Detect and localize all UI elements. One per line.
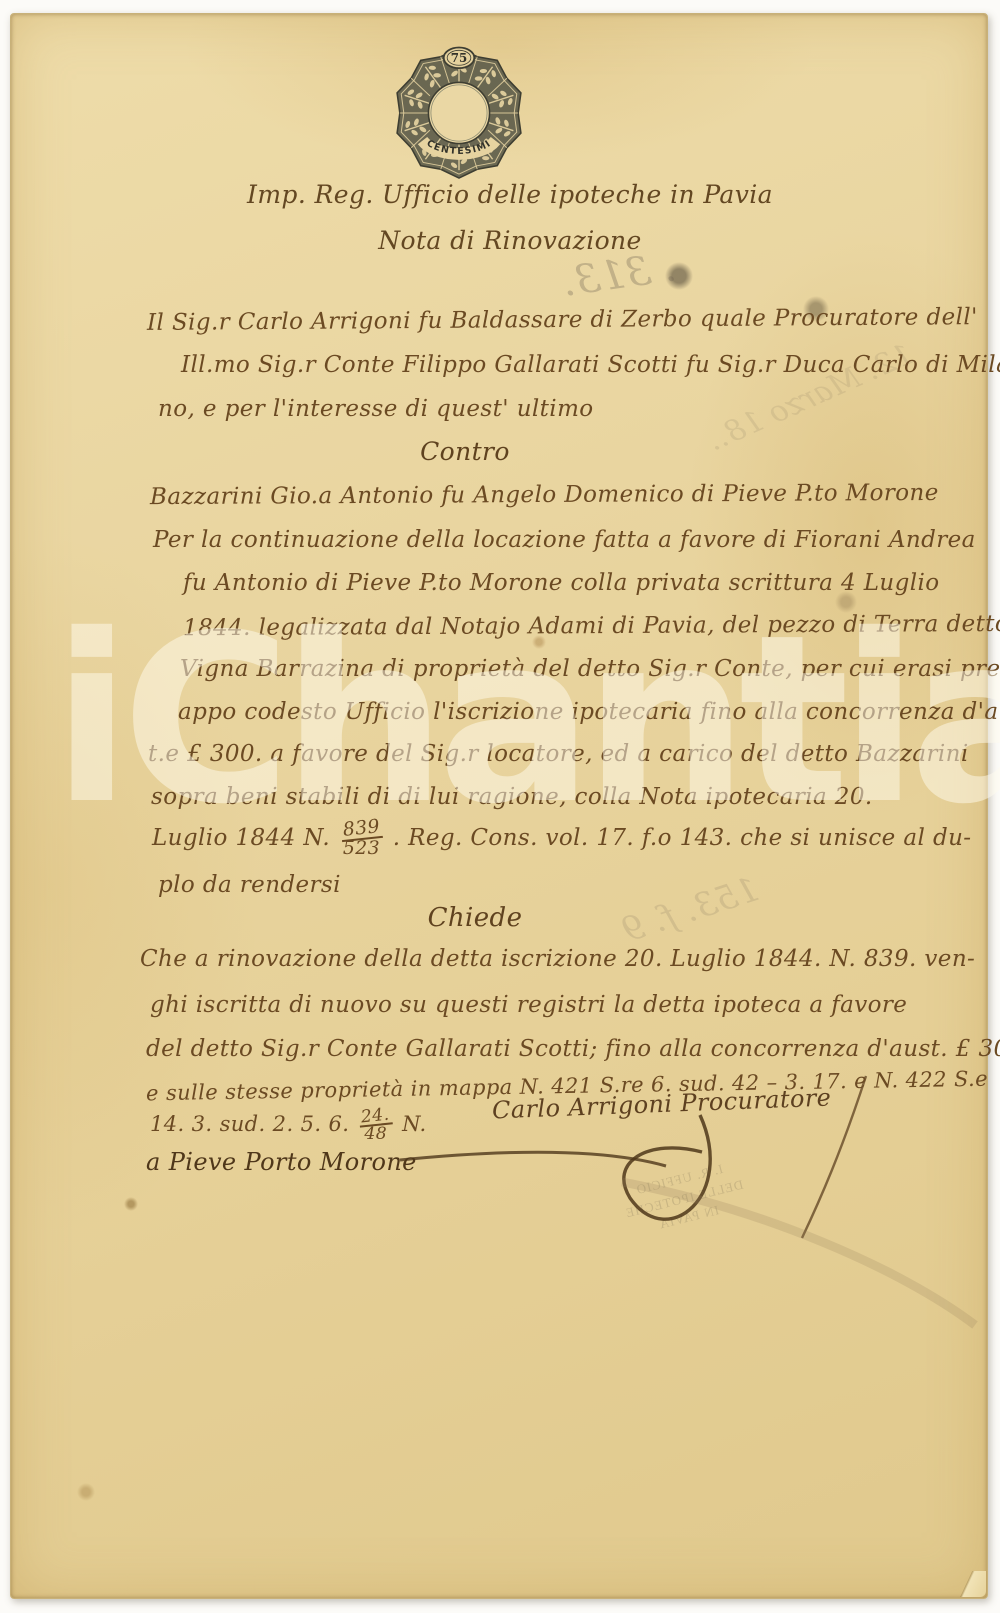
contro-heading: Contro: [240, 437, 690, 466]
manuscript-line: appo codesto Ufficio l'iscrizione ipotec…: [178, 699, 1000, 725]
revenue-stamp-icon: 75 CENTESIMI: [390, 44, 528, 182]
stamp-value: 75: [451, 51, 467, 65]
place-line: a Pieve Porto Morone: [146, 1148, 417, 1176]
manuscript-line: fu Antonio di Pieve P.to Morone colla pr…: [183, 570, 940, 596]
parcel-post: N.: [402, 1112, 427, 1136]
document-title: Nota di Rinovazione: [240, 226, 780, 255]
manuscript-line: Che a rinovazione della detta iscrizione…: [140, 946, 975, 972]
manuscript-line: Per la continuazione della locazione fat…: [153, 527, 976, 553]
header-office-line: Imp. Reg. Ufficio delle ipoteche in Pavi…: [240, 180, 780, 209]
fraction-numerator: 24.: [359, 1106, 393, 1128]
manuscript-line: Ill.mo Sig.r Conte Filippo Gallarati Sco…: [181, 352, 1000, 378]
fraction-denominator: 523: [343, 840, 380, 858]
parcel-pre: 14. 3. sud. 2. 5. 6.: [150, 1112, 349, 1136]
revenue-stamp-75-centesimi: 75 CENTESIMI: [390, 44, 528, 182]
manuscript-line: sopra beni stabili di di lui ragione, co…: [151, 784, 873, 810]
paper-corner-fold: [940, 1571, 986, 1597]
fraction-denominator: 48: [364, 1126, 387, 1142]
parcel-line: 14. 3. sud. 2. 5. 6. 24. 48 N.: [150, 1108, 427, 1143]
registration-reference-line: Luglio 1844 N. 839 523 . Reg. Cons. vol.…: [152, 820, 971, 858]
manuscript-line: t.e £ 300. a favore del Sig.r locatore, …: [148, 741, 969, 767]
registration-post: . Reg. Cons. vol. 17. f.o 143. che si un…: [393, 825, 972, 851]
manuscript-line: 1844. legalizzata dal Notajo Adami di Pa…: [183, 611, 1000, 641]
manuscript-line: no, e per l'interesse di quest' ultimo: [158, 396, 594, 422]
registration-pre: Luglio 1844 N.: [152, 825, 330, 851]
parcel-fraction: 24. 48: [359, 1108, 392, 1143]
manuscript-line: del detto Sig.r Conte Gallarati Scotti; …: [146, 1036, 1000, 1062]
manuscript-line: ghi iscritta di nuovo su questi registri…: [150, 992, 907, 1018]
chiede-heading: Chiede: [250, 903, 700, 933]
protocol-fraction: 839 523: [341, 820, 382, 858]
manuscript-line: plo da rendersi: [158, 872, 341, 898]
scanned-document-page: 75 CENTESIMI . 313. 12. Marzo 18.. 153. …: [0, 0, 1000, 1613]
respondent-line: Bazzarini Gio.a Antonio fu Angelo Domeni…: [150, 480, 939, 510]
fraction-numerator: 839: [340, 818, 383, 842]
manuscript-line: Vigna Barrazina di proprietà del detto S…: [180, 656, 1000, 682]
